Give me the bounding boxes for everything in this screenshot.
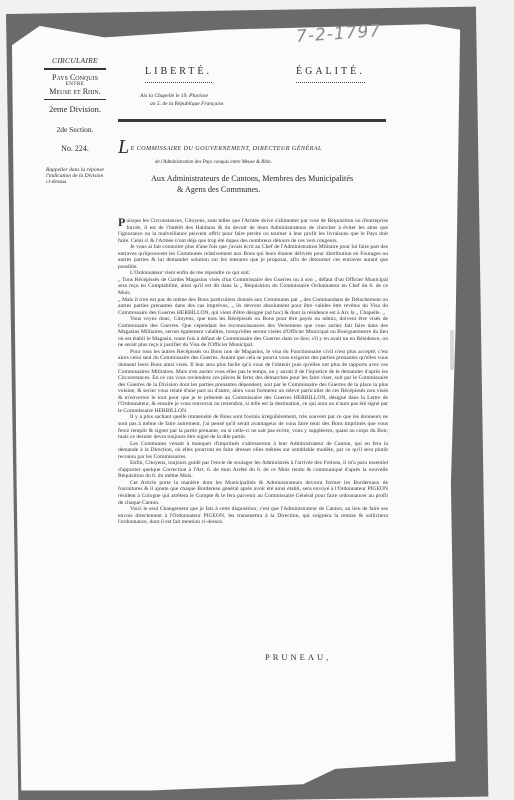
region-line-1: Pays Conquis	[40, 73, 110, 82]
paragraph: Puisque les Circonstances, Citoyens, son…	[118, 218, 388, 244]
paragraph: Il y a plus sachant quelle immensité de …	[118, 414, 388, 440]
motto-liberte-text: LIBERTÉ.	[145, 66, 212, 77]
title-dropcap: L	[118, 136, 130, 158]
paragraph: Voici le seul Changement que je fais à c…	[118, 506, 388, 526]
header-rule	[118, 119, 386, 122]
paragraph: Vous voyez donc, Citoyens, que tous les …	[118, 316, 388, 349]
divider	[44, 99, 106, 101]
left-margin-column: CIRCULAIRE Pays Conquis ENTRE Meuse et R…	[40, 56, 110, 185]
motto-egalite-text: ÉGALITÉ.	[296, 66, 365, 77]
title-text: e commissaire du gouvernement, directeur…	[131, 145, 322, 152]
paragraph: Pour tous les autres Récépissés ou Bons …	[118, 349, 388, 414]
motto-liberte: LIBERTÉ.	[145, 66, 212, 83]
document-subtitle: de l'Administration des Pays conquis ent…	[155, 160, 272, 165]
paragraph: Je vous ai fait connoitre plus d'une foi…	[118, 244, 388, 270]
quoted-paragraph: „ Mais il n'en est pas de même des Bons …	[118, 297, 388, 317]
circulaire-label: CIRCULAIRE	[40, 56, 110, 65]
section-label: 2de Section.	[40, 125, 110, 134]
division-label: 2eme Division.	[40, 104, 110, 114]
addressee: Aux Administrateurs de Cantons, Membres …	[151, 173, 391, 195]
addressee-line-2: & Agens des Communes.	[151, 184, 391, 195]
divider	[44, 68, 106, 70]
document-body: Puisque les Circonstances, Citoyens, son…	[118, 218, 388, 526]
circular-number: No. 224.	[40, 144, 110, 153]
addressee-line-1: Aux Administrateurs de Cantons, Membres …	[151, 173, 391, 184]
paragraph: Les Communes venant à manquer d'imprimés…	[118, 441, 388, 461]
ornament-wave	[296, 78, 365, 83]
paragraph: Cet Article porte la manière dont les Mu…	[118, 480, 388, 506]
dateline-place: Aix la Chapelle le 19. Pluviose	[140, 92, 225, 100]
quoted-paragraph: „ Tous Récépissés de Gardes Magasins vis…	[118, 277, 388, 297]
dateline-year: an 5. de la République Française.	[140, 100, 225, 108]
document-title: Le commissaire du gouvernement, directeu…	[118, 136, 403, 159]
signature: PRUNEAU,	[265, 652, 331, 662]
region-line-3: Meuse et Rhin.	[40, 87, 110, 96]
paper-tear	[450, 330, 454, 370]
motto-egalite: ÉGALITÉ.	[296, 66, 365, 83]
ornament-wave	[145, 78, 212, 83]
paragraph: Enfin, Citoyens, toujours guidé par l'en…	[118, 460, 388, 480]
reply-note: Rappeller dans la réponse l'indication d…	[40, 167, 110, 185]
body-dropcap: P	[118, 218, 125, 227]
dateline: Aix la Chapelle le 19. Pluviose an 5. de…	[140, 92, 225, 108]
